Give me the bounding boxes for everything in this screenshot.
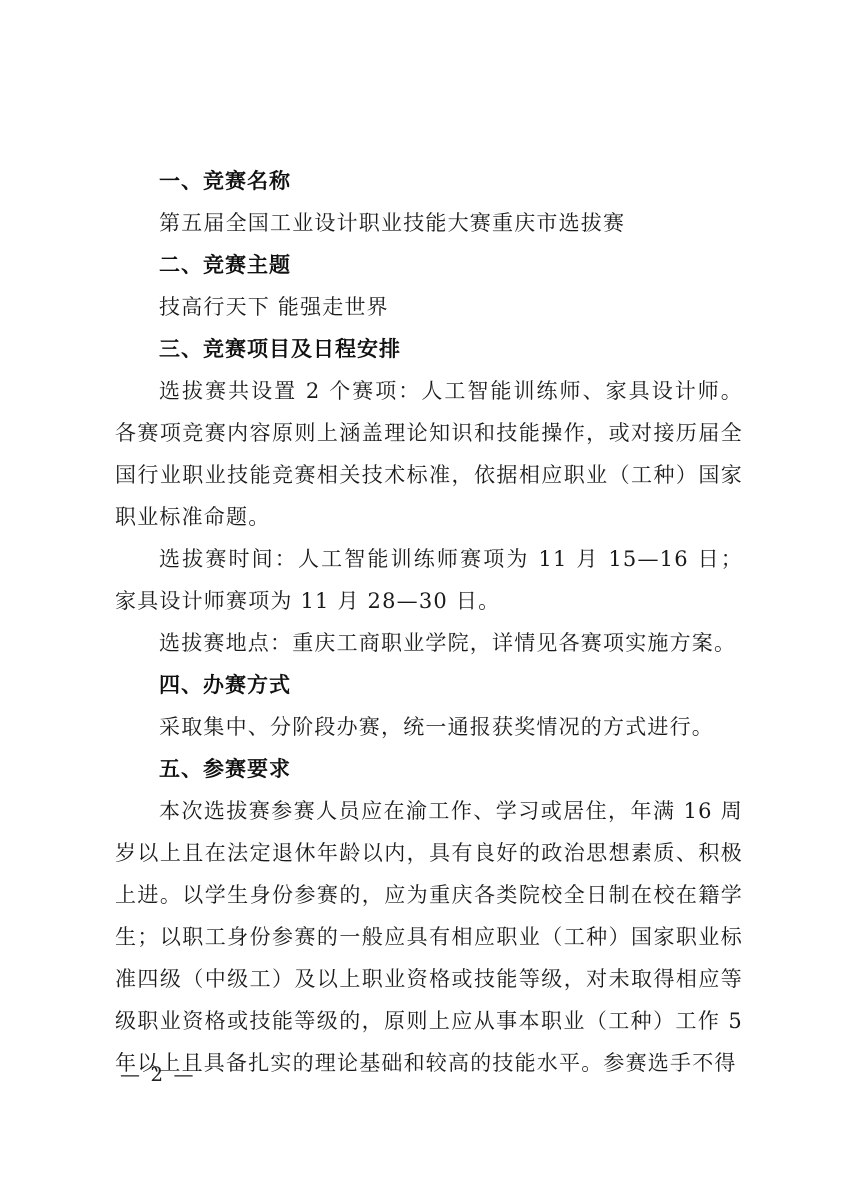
section-events-schedule: 三、竞赛项目及日程安排 选拔赛共设置 2 个赛项：人工智能训练师、家具设计师。各… [115,328,743,664]
paragraph: 第五届全国工业设计职业技能大赛重庆市选拔赛 [115,202,743,244]
page-number: — 2 — [120,1062,195,1086]
paragraph: 本次选拔赛参赛人员应在渝工作、学习或居住，年满 16 周岁以上且在法定退休年龄以… [115,790,743,1084]
section-participation-requirements: 五、参赛要求 本次选拔赛参赛人员应在渝工作、学习或居住，年满 16 周岁以上且在… [115,748,743,1084]
paragraph: 采取集中、分阶段办赛，统一通报获奖情况的方式进行。 [115,706,743,748]
document-page: 一、竞赛名称 第五届全国工业设计职业技能大赛重庆市选拔赛 二、竞赛主题 技高行天… [115,160,743,1084]
paragraph: 选拔赛共设置 2 个赛项：人工智能训练师、家具设计师。各赛项竞赛内容原则上涵盖理… [115,370,743,538]
section-heading: 三、竞赛项目及日程安排 [115,328,743,370]
section-competition-name: 一、竞赛名称 第五届全国工业设计职业技能大赛重庆市选拔赛 [115,160,743,244]
paragraph: 选拔赛时间：人工智能训练师赛项为 11 月 15—16 日；家具设计师赛项为 1… [115,538,743,622]
paragraph: 选拔赛地点：重庆工商职业学院，详情见各赛项实施方案。 [115,622,743,664]
section-organization-method: 四、办赛方式 采取集中、分阶段办赛，统一通报获奖情况的方式进行。 [115,664,743,748]
section-heading: 二、竞赛主题 [115,244,743,286]
paragraph: 技高行天下 能强走世界 [115,286,743,328]
section-heading: 一、竞赛名称 [115,160,743,202]
section-heading: 四、办赛方式 [115,664,743,706]
section-competition-theme: 二、竞赛主题 技高行天下 能强走世界 [115,244,743,328]
section-heading: 五、参赛要求 [115,748,743,790]
